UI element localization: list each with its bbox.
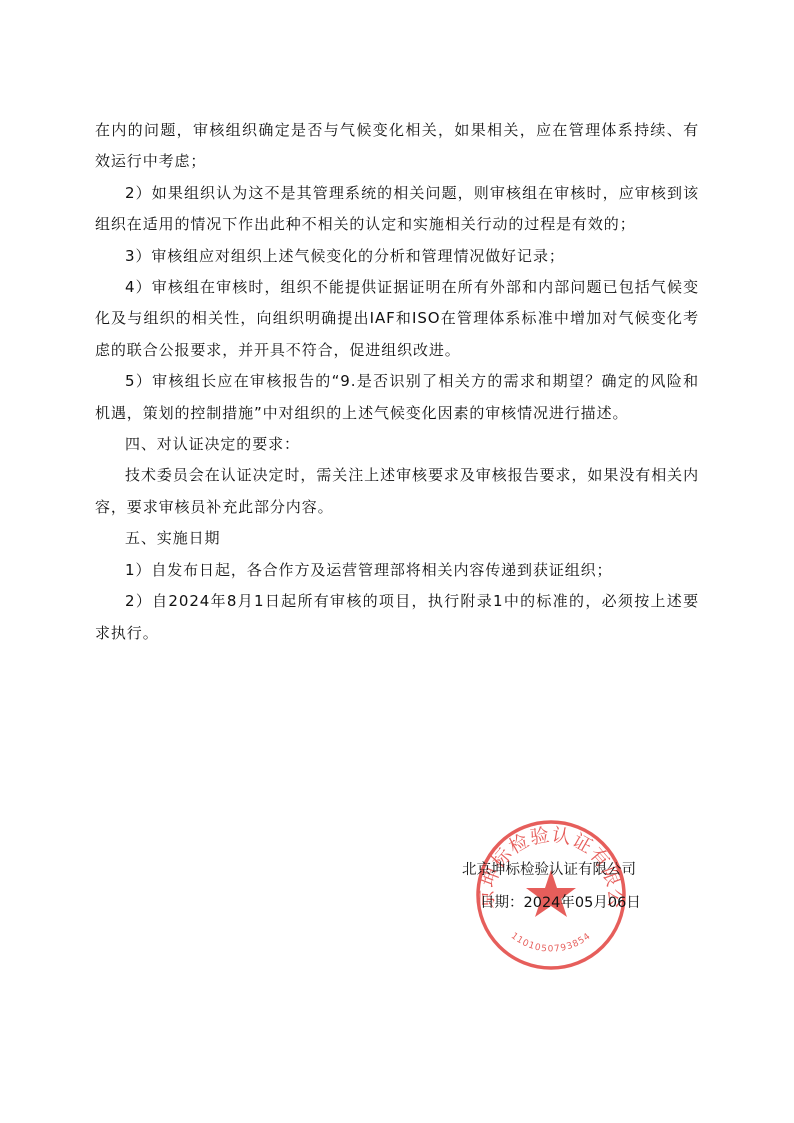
paragraph-7: 1）自发布日起，各合作方及运营管理部将相关内容传递到获证组织； (95, 555, 699, 586)
paragraph-5: 5）审核组长应在审核报告的“9.是否识别了相关方的需求和期望？确定的风险和机遇，… (95, 366, 699, 429)
document-body: 在内的问题，审核组织确定是否与气候变化相关，如果相关，应在管理体系持续、有效运行… (95, 115, 699, 649)
seal-number: 1101050793854 (509, 931, 593, 954)
section-heading-5: 五、实施日期 (95, 523, 699, 554)
paragraph-2: 2）如果组织认为这不是其管理系统的相关问题，则审核组在审核时，应审核到该组织在适… (95, 178, 699, 241)
svg-text:1101050793854: 1101050793854 (509, 931, 593, 954)
paragraph-4: 4）审核组在审核时，组织不能提供证据证明在所有外部和内部问题已包括气候变化及与组… (95, 272, 699, 366)
signature-block: 北京坤标检验认证有限公司 日期：2024年05月06日 (462, 856, 641, 922)
paragraph-8: 2）自2024年8月1日起所有审核的项目，执行附录1中的标准的，必须按上述要求执… (95, 586, 699, 649)
paragraph-1: 在内的问题，审核组织确定是否与气候变化相关，如果相关，应在管理体系持续、有效运行… (95, 115, 699, 178)
paragraph-6: 技术委员会在认证决定时，需关注上述审核要求及审核报告要求，如果没有相关内容，要求… (95, 460, 699, 523)
company-name: 北京坤标检验认证有限公司 (462, 856, 641, 889)
issue-date: 日期：2024年05月06日 (462, 889, 641, 922)
section-heading-4: 四、对认证决定的要求： (95, 429, 699, 460)
paragraph-3: 3）审核组应对组织上述气候变化的分析和管理情况做好记录； (95, 241, 699, 272)
